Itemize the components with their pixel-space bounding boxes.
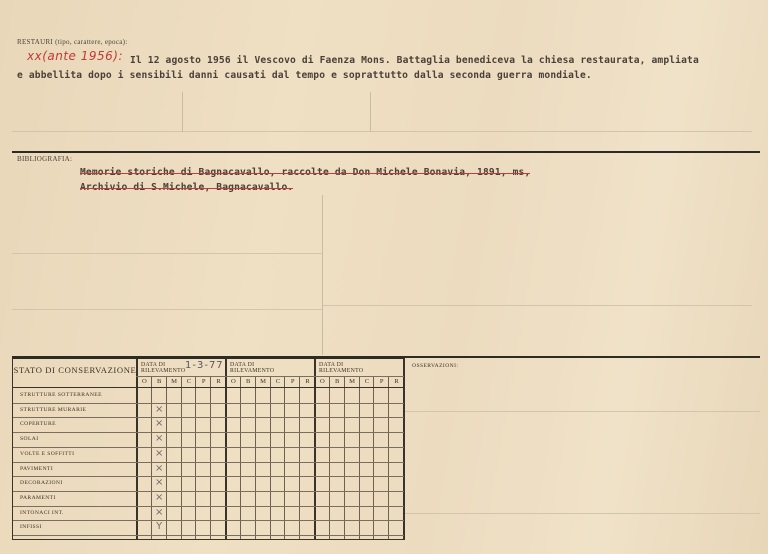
sub-column-divider xyxy=(359,376,360,539)
restauri-text-line-2: e abbellita dopo i sensibili danni causa… xyxy=(17,70,592,81)
date-group-1-value: 1-3-77 xyxy=(185,360,224,371)
condition-mark: × xyxy=(152,418,167,430)
sub-column-divider xyxy=(255,376,256,539)
sub-column-header-r: R xyxy=(389,378,404,385)
row-label: SOLAI xyxy=(20,436,38,442)
sub-column-header-o: O xyxy=(315,378,330,385)
restauri-label-suffix: (tipo, carattere, epoca): xyxy=(55,38,127,46)
row-label: COPERTURE xyxy=(20,421,56,427)
row-divider xyxy=(13,447,404,448)
row-label: INFISSI xyxy=(20,524,42,530)
sub-column-header-m: M xyxy=(256,378,271,385)
sub-column-header-c: C xyxy=(360,378,375,385)
row-label: INTONACI INT. xyxy=(20,510,64,516)
sub-column-header-m: M xyxy=(167,378,182,385)
sub-column-divider xyxy=(329,376,330,539)
sub-column-divider xyxy=(373,376,374,539)
sub-column-header-o: O xyxy=(226,378,241,385)
row-label: PARAMENTI xyxy=(20,495,56,501)
sub-column-header-p: P xyxy=(374,378,389,385)
sub-column-header-r: R xyxy=(211,378,226,385)
row-divider xyxy=(13,403,404,404)
date-group-3-label: DATA DI RILEVAMENTO xyxy=(319,362,363,374)
condition-mark: Y xyxy=(152,521,167,533)
row-divider xyxy=(13,535,404,536)
show-through-line xyxy=(370,92,371,132)
date-group-2-label: DATA DI RILEVAMENTO xyxy=(230,362,274,374)
sub-column-header-p: P xyxy=(196,378,211,385)
struck-text: Memorie storiche di Bagnacavallo, raccol… xyxy=(80,167,530,178)
bibliografia-label: BIBLIOGRAFIA: xyxy=(17,155,72,163)
show-through-line xyxy=(322,305,752,306)
condition-mark: × xyxy=(152,448,167,460)
condition-mark: × xyxy=(152,463,167,475)
condition-mark: × xyxy=(152,404,167,416)
group-divider xyxy=(403,359,405,539)
column-divider xyxy=(136,359,138,539)
sub-column-divider xyxy=(388,376,389,539)
handwritten-annotation: xx(ante 1956): xyxy=(27,49,123,63)
restauri-label: RESTAURI (tipo, carattere, epoca): xyxy=(17,38,128,46)
row-label: VOLTE E SOFFITTI xyxy=(20,451,74,457)
struck-text: Archivio di S.Michele, Bagnacavallo. xyxy=(80,182,293,193)
sub-column-header-p: P xyxy=(285,378,300,385)
row-divider xyxy=(13,491,404,492)
row-label: DECORAZIONI xyxy=(20,480,63,486)
sub-column-header-m: M xyxy=(345,378,360,385)
sub-column-header-b: B xyxy=(241,378,256,385)
row-label: PAVIMENTI xyxy=(20,466,53,472)
row-label: STRUTTURE SOTTERRANEE xyxy=(20,392,102,398)
sub-column-divider xyxy=(210,376,211,539)
header-divider xyxy=(136,376,404,377)
group-divider xyxy=(314,359,316,539)
condition-mark: × xyxy=(152,433,167,445)
sub-column-header-c: C xyxy=(271,378,286,385)
row-divider xyxy=(13,432,404,433)
bibliografia-line-1: Memorie storiche di Bagnacavallo, raccol… xyxy=(80,167,530,178)
header-bottom xyxy=(13,387,404,388)
row-divider xyxy=(13,506,404,507)
sub-column-divider xyxy=(181,376,182,539)
show-through-line xyxy=(12,131,752,132)
sub-column-divider xyxy=(299,376,300,539)
sub-column-divider xyxy=(270,376,271,539)
row-divider xyxy=(13,476,404,477)
sub-column-divider xyxy=(344,376,345,539)
show-through-line xyxy=(405,411,760,412)
sub-column-header-o: O xyxy=(137,378,152,385)
group-divider xyxy=(225,359,227,539)
show-through-line xyxy=(182,92,183,132)
bibliografia-line-2: Archivio di S.Michele, Bagnacavallo. xyxy=(80,182,293,193)
condition-mark: × xyxy=(152,477,167,489)
conservation-title: STATO DI CONSERVAZIONE xyxy=(13,365,137,375)
conservation-table: STATO DI CONSERVAZIONE DATA DI RILEVAMEN… xyxy=(12,357,405,540)
restauri-text-line-1: Il 12 agosto 1956 il Vescovo di Faenza M… xyxy=(130,55,699,66)
sub-column-divider xyxy=(284,376,285,539)
sub-column-divider xyxy=(240,376,241,539)
row-label: STRUTTURE MURARIE xyxy=(20,407,86,413)
show-through-line xyxy=(12,309,322,310)
show-through-line xyxy=(322,195,323,355)
sub-column-divider xyxy=(195,376,196,539)
show-through-line xyxy=(12,253,322,254)
sub-column-header-c: C xyxy=(182,378,197,385)
sub-column-header-b: B xyxy=(330,378,345,385)
sub-column-header-b: B xyxy=(152,378,167,385)
row-divider xyxy=(13,520,404,521)
condition-mark: × xyxy=(152,492,167,504)
show-through-line xyxy=(405,513,760,514)
sub-column-header-r: R xyxy=(300,378,315,385)
row-divider xyxy=(13,462,404,463)
date-group-1-label: DATA DI RILEVAMENTO xyxy=(141,362,185,374)
condition-mark: × xyxy=(152,507,167,519)
osservazioni-label: OSSERVAZIONI: xyxy=(412,363,458,369)
section-divider xyxy=(12,151,760,153)
row-divider xyxy=(13,417,404,418)
restauri-label-main: RESTAURI xyxy=(17,38,53,46)
